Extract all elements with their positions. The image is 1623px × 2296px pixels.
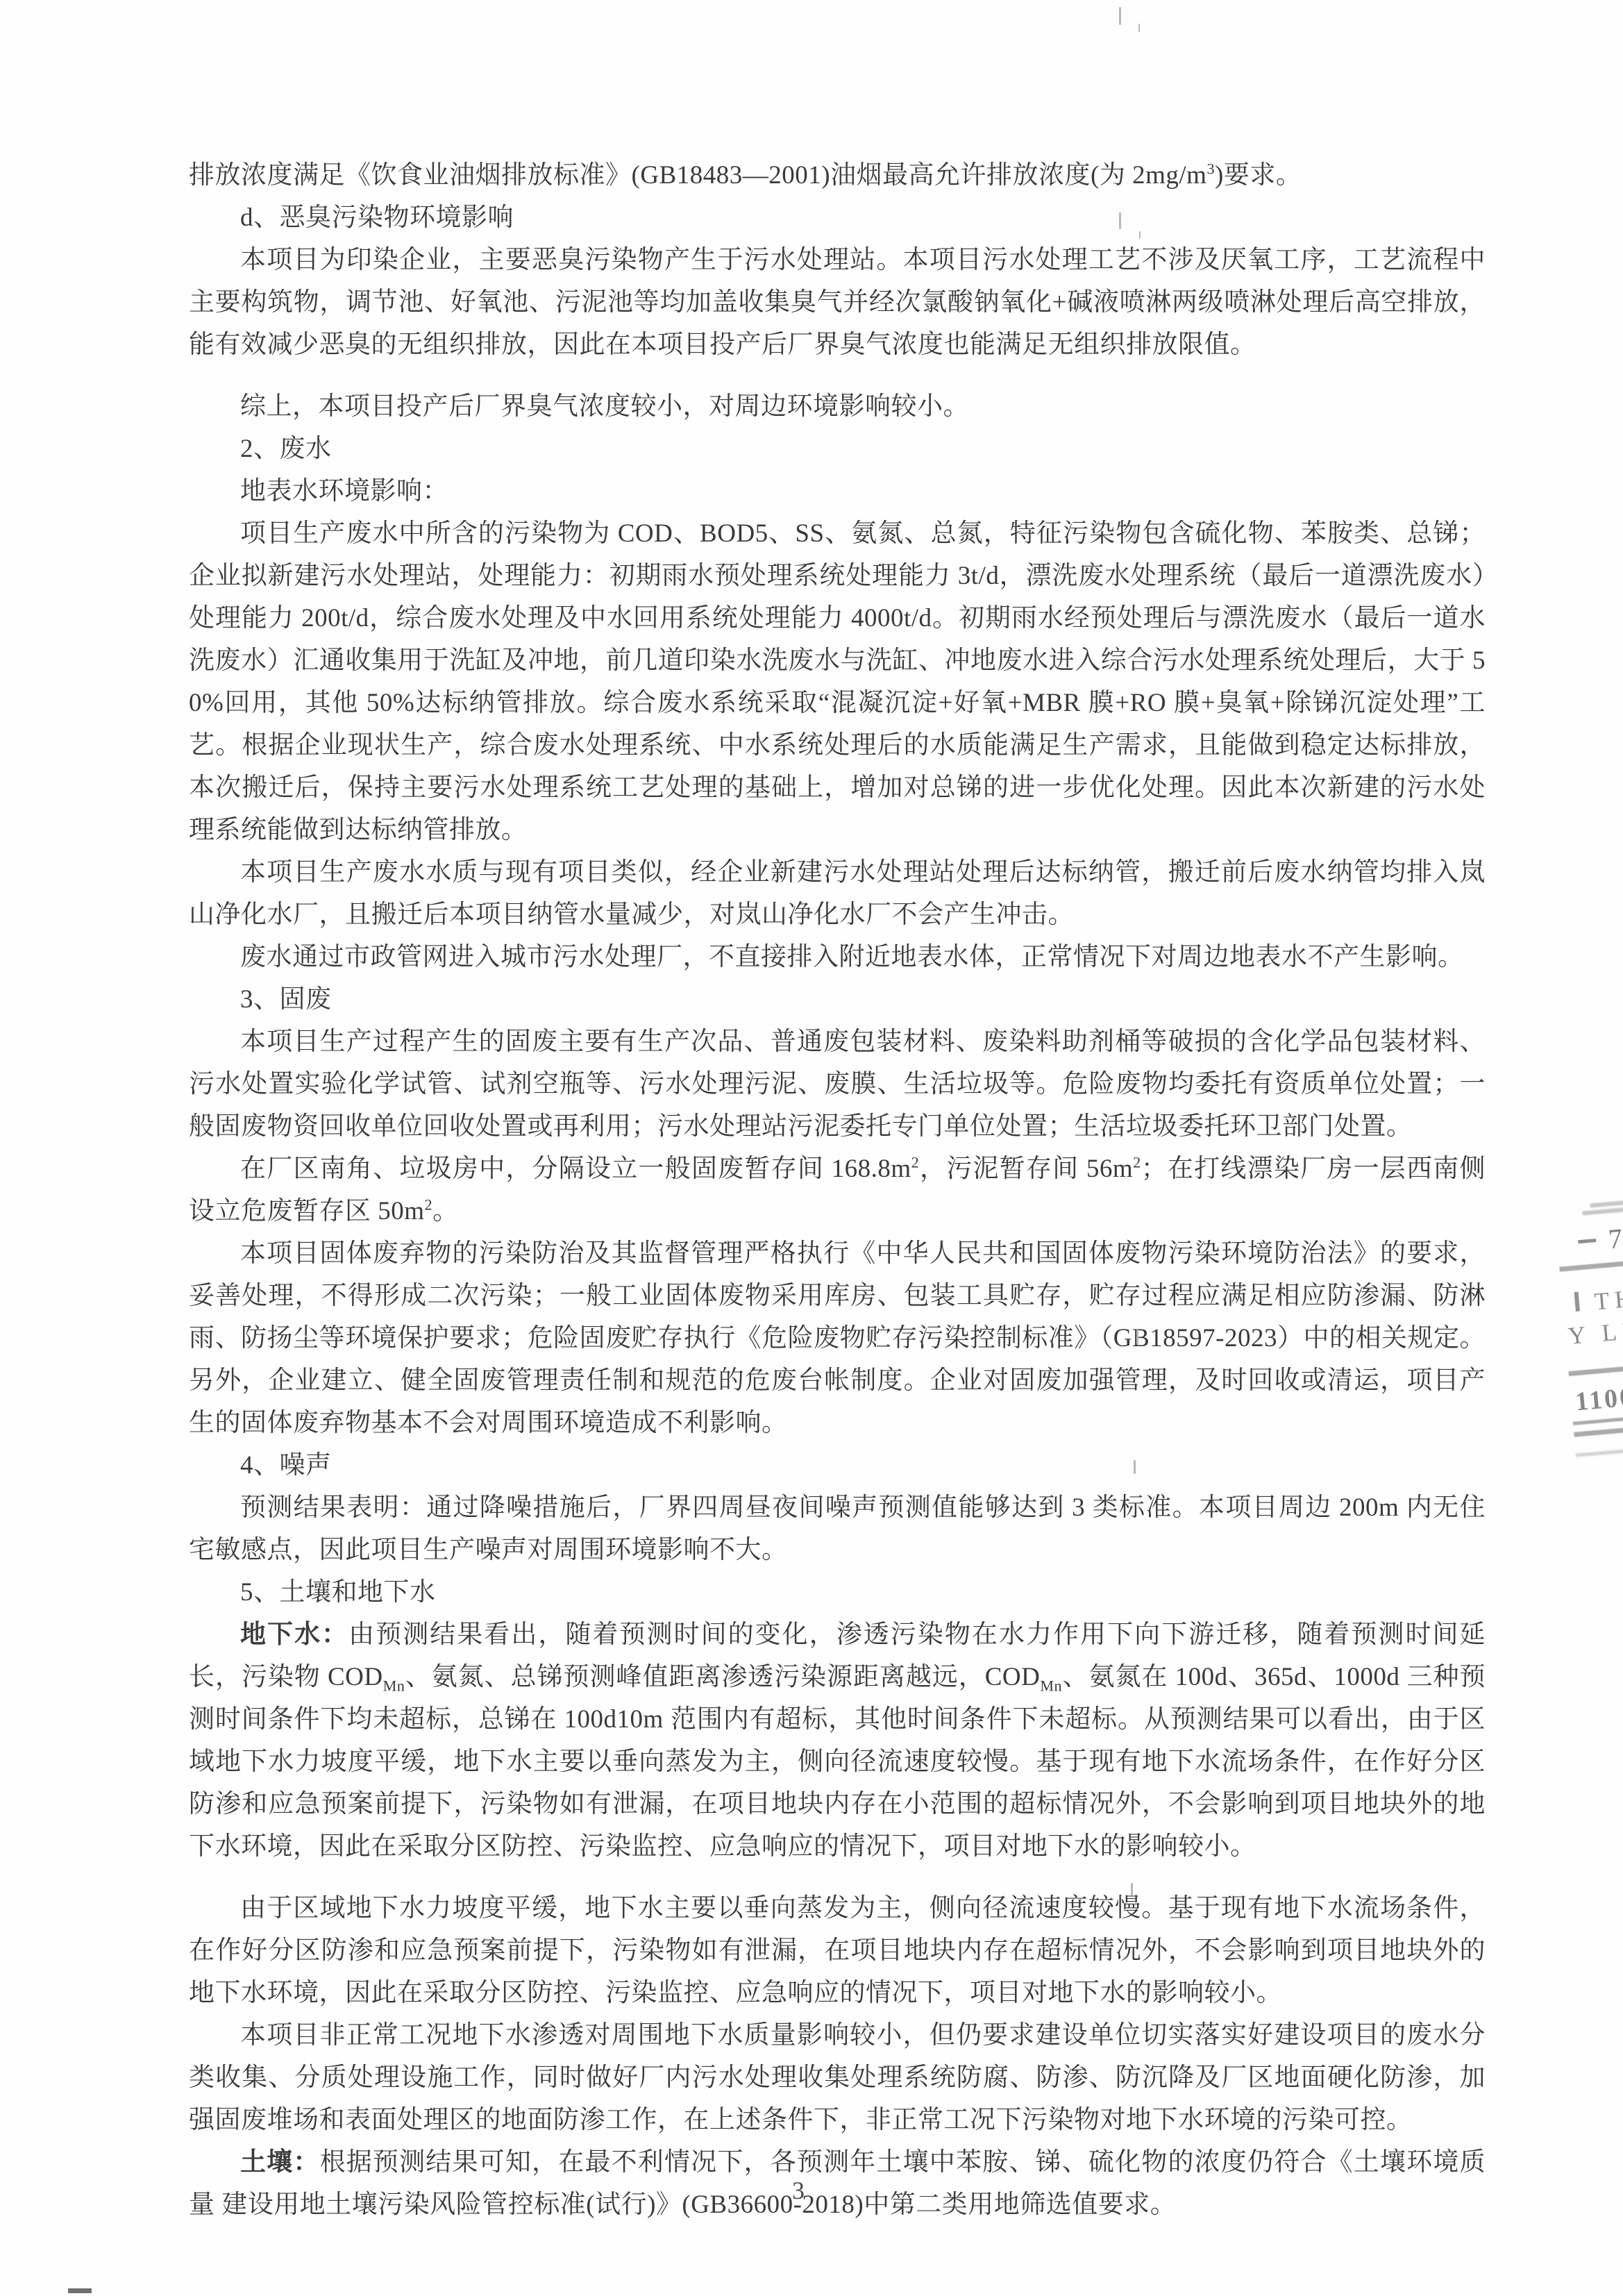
paragraph: 项目生产废水中所含的污染物为 COD、BOD5、SS、氨氮、总氮，特征污染物包含… (189, 512, 1486, 851)
scan-artifact (1131, 1883, 1133, 1895)
page-body: 排放浓度满足《饮食业油烟排放标准》(GB18483—2001)油烟最高允许排放浓… (189, 154, 1486, 2226)
paragraph: 3、固废 (189, 978, 1486, 1021)
stamp-text-line: Y LI (1567, 1313, 1623, 1350)
paragraph: 土壤：根据预测结果可知，在最不利情况下，各预测年土壤中苯胺、锑、硫化物的浓度仍符… (189, 2141, 1486, 2226)
scan-artifact (1134, 526, 1136, 539)
stamp-rule (1559, 1257, 1623, 1272)
paragraph: 2、废水 (189, 428, 1486, 470)
paragraph: 地表水环境影响： (189, 470, 1486, 512)
stamp-glyph-fragment (1578, 1239, 1596, 1243)
library-stamp: 7 TH Y LI 110067 (1554, 1193, 1623, 1457)
stamp-text-line: TH (1574, 1281, 1623, 1318)
stamp-cut-letter (1574, 1292, 1580, 1312)
paragraph: 本项目固体废弃物的污染防治及其监督管理严格执行《中华人民共和国固体废物污染环境防… (189, 1232, 1486, 1444)
scan-artifact (1139, 231, 1141, 239)
scan-artifact (1136, 1330, 1138, 1345)
paragraph: d、恶臭污染物环境影响 (189, 196, 1486, 239)
scan-edge-mark (68, 2288, 92, 2293)
paragraph: 4、噪声 (189, 1444, 1486, 1486)
paragraph: 本项目为印染企业，主要恶臭污染物产生于污水处理站。本项目污水处理工艺不涉及厌氧工… (189, 239, 1486, 366)
stamp-number: 110067 (1574, 1377, 1623, 1417)
scan-artifact (1119, 212, 1121, 229)
scan-artifact (1138, 24, 1140, 32)
paragraph: 由于区域地下水力坡度平缓，地下水主要以垂向蒸发为主，侧向径流速度较慢。基于现有地… (189, 1887, 1486, 2014)
stamp-rule (1568, 1361, 1623, 1376)
paragraph: 在厂区南角、垃圾房中，分隔设立一般固废暂存间 168.8m2，污泥暂存间 56m… (189, 1148, 1486, 1232)
paragraph: 地下水：由预测结果看出，随着预测时间的变化，渗透污染物在水力作用下向下游迁移，随… (189, 1614, 1486, 1868)
scan-artifact (1119, 7, 1121, 25)
paragraph: 废水通过市政管网进入城市污水处理厂，不直接排入附近地表水体，正常情况下对周边地表… (189, 936, 1486, 978)
paragraph: 5、土壤和地下水 (189, 1571, 1486, 1614)
document-page: 排放浓度满足《饮食业油烟排放标准》(GB18483—2001)油烟最高允许排放浓… (0, 0, 1623, 2296)
paragraph: 本项目非正常工况地下水渗透对周围地下水质量影响较小，但仍要求建设单位切实落实好建… (189, 2014, 1486, 2141)
stamp-partial-glyph: 7 (1576, 1217, 1623, 1258)
stamp-illegible-text (1590, 1198, 1623, 1208)
stamp-rule (1576, 1443, 1623, 1457)
paragraph: 预测结果表明：通过降噪措施后，厂界四周昼夜间噪声预测值能够达到 3 类标准。本项… (189, 1486, 1486, 1571)
paragraph: 本项目生产过程产生的固废主要有生产次品、普通废包装材料、废染料助剂桶等破损的含化… (189, 1021, 1486, 1148)
paragraph: 综上，本项目投产后厂界臭气浓度较小，对周边环境影响较小。 (189, 385, 1486, 428)
stamp-text: Y LI (1567, 1317, 1623, 1350)
paragraph: 本项目生产废水水质与现有项目类似，经企业新建污水处理站处理后达标纳管，搬迁前后废… (189, 851, 1486, 936)
page-number: 3 (777, 2176, 819, 2205)
stamp-text: TH (1593, 1284, 1623, 1315)
scan-artifact (1134, 1460, 1136, 1474)
paragraph: 排放浓度满足《饮食业油烟排放标准》(GB18483—2001)油烟最高允许排放浓… (189, 154, 1486, 196)
